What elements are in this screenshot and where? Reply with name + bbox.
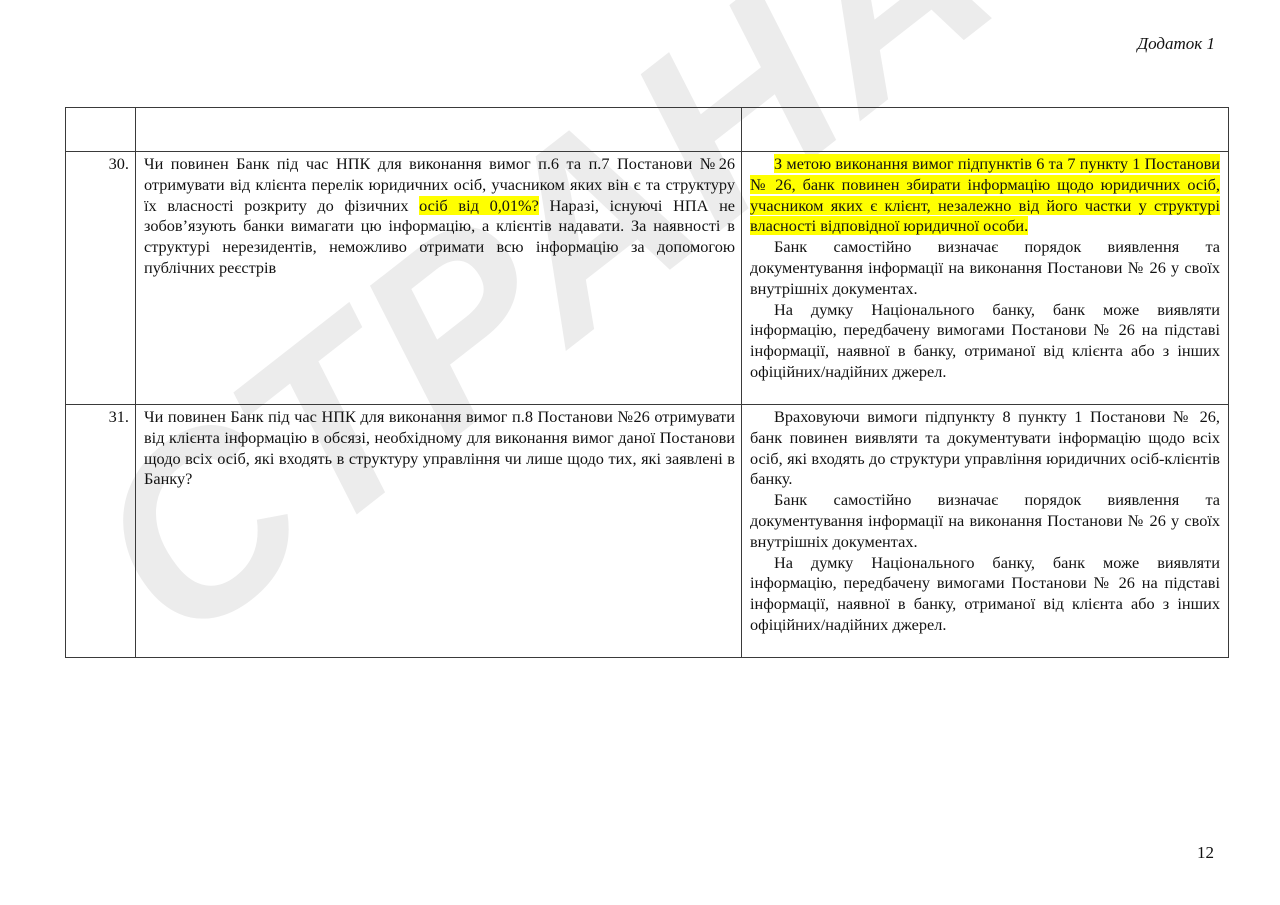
- question-cell: Чи повинен Банк під час НПК для виконанн…: [136, 405, 742, 658]
- answer-paragraph: На думку Національного банку, банк може …: [750, 300, 1220, 383]
- answer-paragraph: Банк самостійно визначає порядок виявлен…: [750, 490, 1220, 552]
- answer-paragraph: На думку Національного банку, банк може …: [750, 553, 1220, 636]
- table-row: 31. Чи повинен Банк під час НПК для вико…: [66, 405, 1229, 658]
- highlighted-text: осіб від 0,01%?: [419, 196, 539, 215]
- header-cell-number: [66, 108, 136, 152]
- highlighted-answer-text: З метою виконання вимог підпунктів 6 та …: [750, 154, 1220, 235]
- row-number: 31.: [66, 405, 136, 658]
- answer-paragraph: З метою виконання вимог підпунктів 6 та …: [750, 154, 1220, 237]
- appendix-label: Додаток 1: [1137, 34, 1215, 54]
- qa-table: 30. Чи повинен Банк під час НПК для вико…: [65, 107, 1229, 658]
- answer-cell: Враховуючи вимоги підпункту 8 пункту 1 П…: [742, 405, 1229, 658]
- table-row: 30. Чи повинен Банк під час НПК для вико…: [66, 152, 1229, 405]
- row-number: 30.: [66, 152, 136, 405]
- answer-cell: З метою виконання вимог підпунктів 6 та …: [742, 152, 1229, 405]
- header-cell-answer: [742, 108, 1229, 152]
- page-number: 12: [1197, 843, 1214, 863]
- answer-paragraph: Банк самостійно визначає порядок виявлен…: [750, 237, 1220, 299]
- table-header-row: [66, 108, 1229, 152]
- header-cell-question: [136, 108, 742, 152]
- answer-paragraph: Враховуючи вимоги підпункту 8 пункту 1 П…: [750, 407, 1220, 490]
- question-cell: Чи повинен Банк під час НПК для виконанн…: [136, 152, 742, 405]
